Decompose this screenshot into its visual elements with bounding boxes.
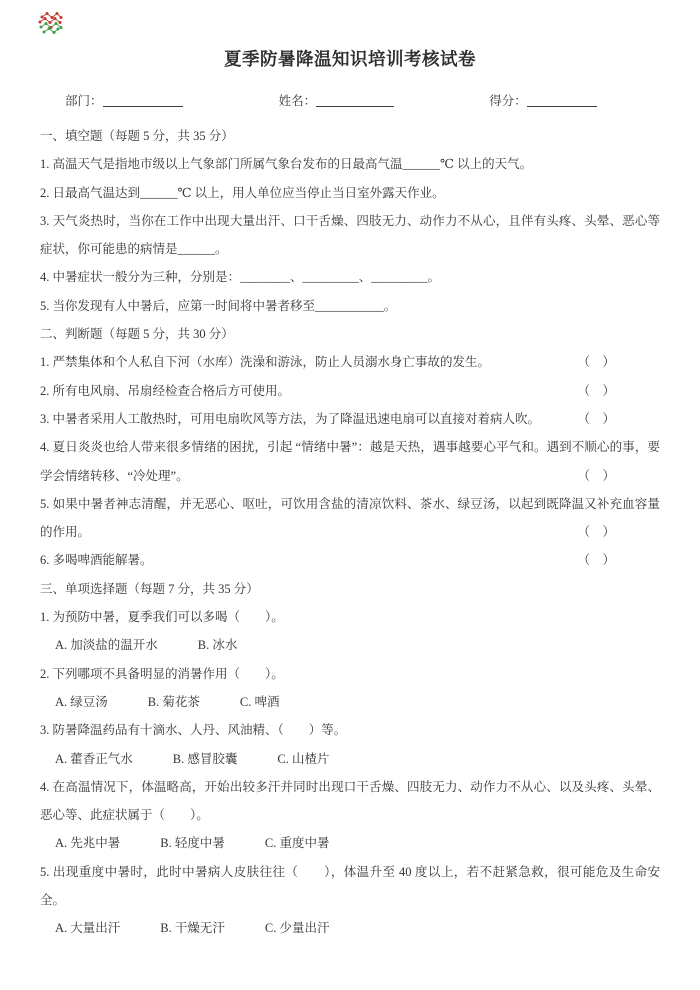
judgment-question-3-text: 3. 中暑者采用人工散热时，可用电扇吹风等方法，为了降温迅速电扇可以直接对着病人… bbox=[40, 412, 540, 426]
judgment-question-3: 3. 中暑者采用人工散热时，可用电扇吹风等方法，为了降温迅速电扇可以直接对着病人… bbox=[40, 405, 660, 433]
score-field: 得分： bbox=[489, 91, 597, 109]
option-a: A. 藿香正气水 bbox=[55, 752, 133, 766]
document-body: 一、填空题（每题 5 分，共 35 分） 1. 高温天气是指地市级以上气象部门所… bbox=[0, 122, 700, 943]
section-2-heading: 二、判断题（每题 5 分，共 30 分） bbox=[40, 320, 660, 348]
option-b: B. 干燥无汗 bbox=[160, 921, 225, 935]
judgment-question-1: 1. 严禁集体和个人私自下河（水库）洗澡和游泳，防止人员溺水身亡事故的发生。（ … bbox=[40, 348, 660, 376]
option-b: B. 菊花茶 bbox=[148, 695, 200, 709]
option-b: B. 感冒胶囊 bbox=[173, 752, 238, 766]
page-title: 夏季防暑降温知识培训考核试卷 bbox=[0, 0, 700, 71]
judgment-question-6-text: 6. 多喝啤酒能解暑。 bbox=[40, 553, 153, 567]
judgment-question-4-text: 4. 夏日炎炎也给人带来很多情绪的困扰，引起 “情绪中暑”：越是天热，遇事越要心… bbox=[40, 440, 660, 482]
judgment-question-2: 2. 所有电风扇、吊扇经检查合格后方可使用。（ ） bbox=[40, 377, 660, 405]
section-1-heading: 一、填空题（每题 5 分，共 35 分） bbox=[40, 122, 660, 150]
judgment-question-2-text: 2. 所有电风扇、吊扇经检查合格后方可使用。 bbox=[40, 384, 290, 398]
fill-question-4: 4. 中暑症状一般分为三种，分别是：________、_________、___… bbox=[40, 263, 660, 291]
option-a: A. 绿豆汤 bbox=[55, 695, 108, 709]
answer-bracket-1: （ ） bbox=[577, 348, 615, 376]
judgment-question-5: 5. 如果中暑者神志清醒，并无恶心、呕吐，可饮用含盐的清凉饮料、茶水、绿豆汤，以… bbox=[40, 490, 660, 547]
judgment-question-5-text: 5. 如果中暑者神志清醒，并无恶心、呕吐，可饮用含盐的清凉饮料、茶水、绿豆汤，以… bbox=[40, 497, 660, 539]
choice-question-2: 2. 下列哪项不具备明显的消暑作用（ ）。 bbox=[40, 660, 660, 688]
option-b: B. 轻度中暑 bbox=[160, 836, 225, 850]
choice-question-1-options: A. 加淡盐的温开水B. 冰水 bbox=[40, 631, 660, 659]
option-c: C. 重度中暑 bbox=[265, 836, 330, 850]
option-a: A. 加淡盐的温开水 bbox=[55, 638, 158, 652]
fill-question-5: 5. 当你发现有人中暑后，应第一时间将中暑者移至___________。 bbox=[40, 292, 660, 320]
answer-bracket-2: （ ） bbox=[577, 377, 615, 405]
answer-bracket-3: （ ） bbox=[577, 405, 615, 433]
dept-label: 部门： bbox=[65, 94, 103, 108]
dept-field: 部门： bbox=[65, 91, 183, 109]
choice-question-4: 4. 在高温情况下，体温略高，开始出较多汗并同时出现口干舌燥、四肢无力、动作力不… bbox=[40, 773, 660, 830]
fill-question-2: 2. 日最高气温达到______℃ 以上，用人单位应当停止当日室外露天作业。 bbox=[40, 179, 660, 207]
choice-question-5-options: A. 大量出汗B. 干燥无汗C. 少量出汗 bbox=[40, 914, 660, 942]
dept-blank bbox=[103, 93, 183, 107]
judgment-question-4: 4. 夏日炎炎也给人带来很多情绪的困扰，引起 “情绪中暑”：越是天热，遇事越要心… bbox=[40, 433, 660, 490]
choice-question-4-options: A. 先兆中暑B. 轻度中暑C. 重度中暑 bbox=[40, 829, 660, 857]
score-label: 得分： bbox=[489, 94, 527, 108]
header-fields-row: 部门： 姓名： 得分： bbox=[0, 91, 700, 109]
choice-question-1: 1. 为预防中暑，夏季我们可以多喝（ ）。 bbox=[40, 603, 660, 631]
score-blank bbox=[527, 93, 597, 107]
answer-bracket-6: （ ） bbox=[577, 546, 615, 574]
judgment-question-1-text: 1. 严禁集体和个人私自下河（水库）洗澡和游泳，防止人员溺水身亡事故的发生。 bbox=[40, 355, 490, 369]
option-c: C. 少量出汗 bbox=[265, 921, 330, 935]
choice-question-5: 5. 出现重度中暑时，此时中暑病人皮肤往往（ ），体温升至 40 度以上，若不赶… bbox=[40, 858, 660, 915]
name-blank bbox=[316, 93, 394, 107]
choice-question-3-options: A. 藿香正气水B. 感冒胶囊C. 山楂片 bbox=[40, 745, 660, 773]
option-b: B. 冰水 bbox=[198, 638, 238, 652]
answer-bracket-5: （ ） bbox=[577, 518, 615, 546]
choice-question-3: 3. 防暑降温药品有十滴水、人丹、风油精、（ ）等。 bbox=[40, 716, 660, 744]
name-label: 姓名： bbox=[279, 94, 317, 108]
fill-question-3: 3. 天气炎热时，当你在工作中出现大量出汗、口干舌燥、四肢无力、动作力不从心，且… bbox=[40, 207, 660, 264]
option-a: A. 大量出汗 bbox=[55, 921, 120, 935]
section-3-heading: 三、单项选择题（每题 7 分，共 35 分） bbox=[40, 575, 660, 603]
name-field: 姓名： bbox=[279, 91, 395, 109]
choice-question-2-options: A. 绿豆汤B. 菊花茶C. 啤酒 bbox=[40, 688, 660, 716]
option-c: C. 啤酒 bbox=[240, 695, 280, 709]
scatter-dots-logo-icon bbox=[37, 9, 65, 37]
fill-question-1: 1. 高温天气是指地市级以上气象部门所属气象台发布的日最高气温______℃ 以… bbox=[40, 150, 660, 178]
option-a: A. 先兆中暑 bbox=[55, 836, 120, 850]
judgment-question-6: 6. 多喝啤酒能解暑。（ ） bbox=[40, 546, 660, 574]
answer-bracket-4: （ ） bbox=[577, 462, 615, 490]
option-c: C. 山楂片 bbox=[277, 752, 329, 766]
